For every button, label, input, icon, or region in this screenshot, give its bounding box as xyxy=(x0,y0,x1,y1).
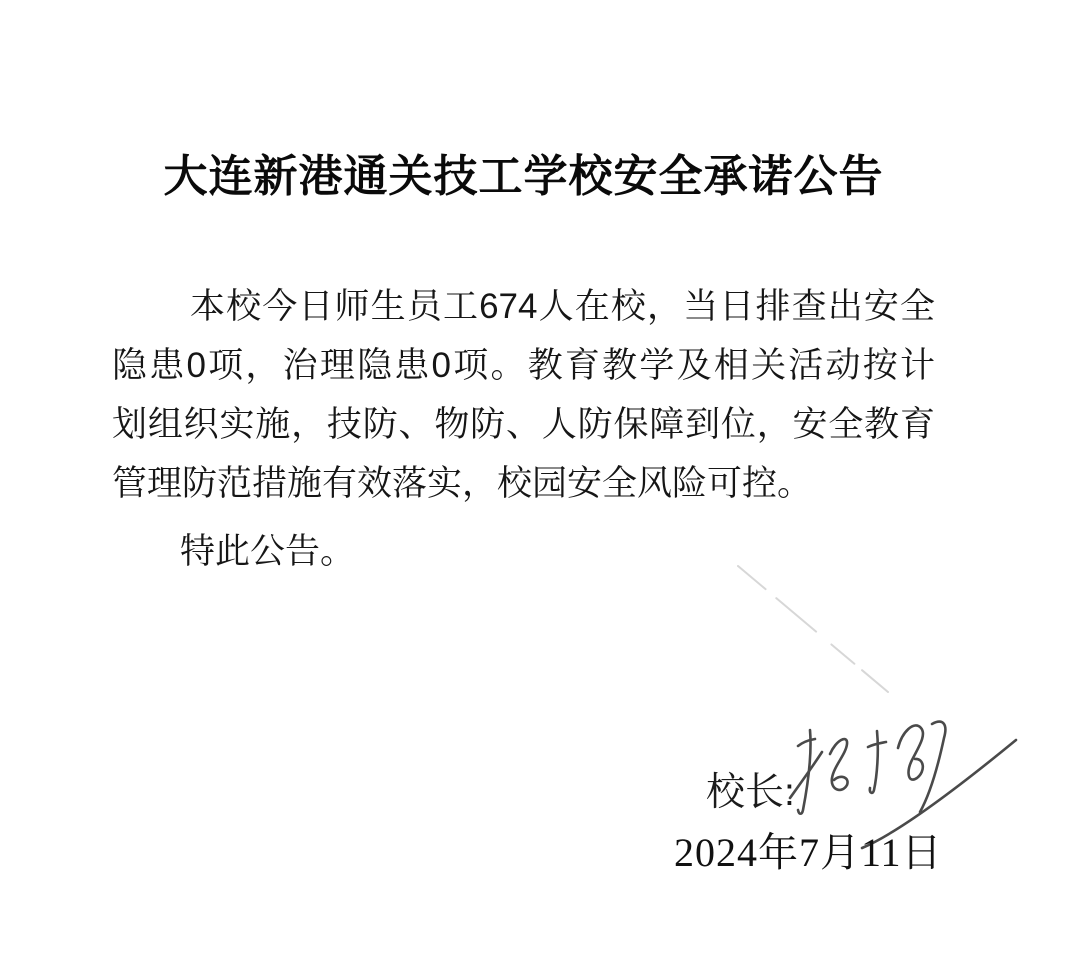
faint-crease-line xyxy=(730,558,900,700)
page-title: 大连新港通关技工学校安全承诺公告 xyxy=(112,148,935,206)
announcement-page: 大连新港通关技工学校安全承诺公告 本校今日师生员工674人在校，当日排查出安全 … xyxy=(0,0,1066,954)
body-line: 本校今日师生员工674人在校，当日排查出安全 xyxy=(112,277,935,336)
announcement-date: 2024年7月11日 xyxy=(674,830,943,876)
body-line: 隐患0项，治理隐患0项。教育教学及相关活动按计 xyxy=(112,336,935,395)
announcement-body: 本校今日师生员工674人在校，当日排查出安全 隐患0项，治理隐患0项。教育教学及… xyxy=(112,277,935,581)
body-line: 管理防范措施有效落实，校园安全风险可控。 xyxy=(112,454,935,513)
body-line: 划组织实施，技防、物防、人防保障到位，安全教育 xyxy=(112,395,935,454)
